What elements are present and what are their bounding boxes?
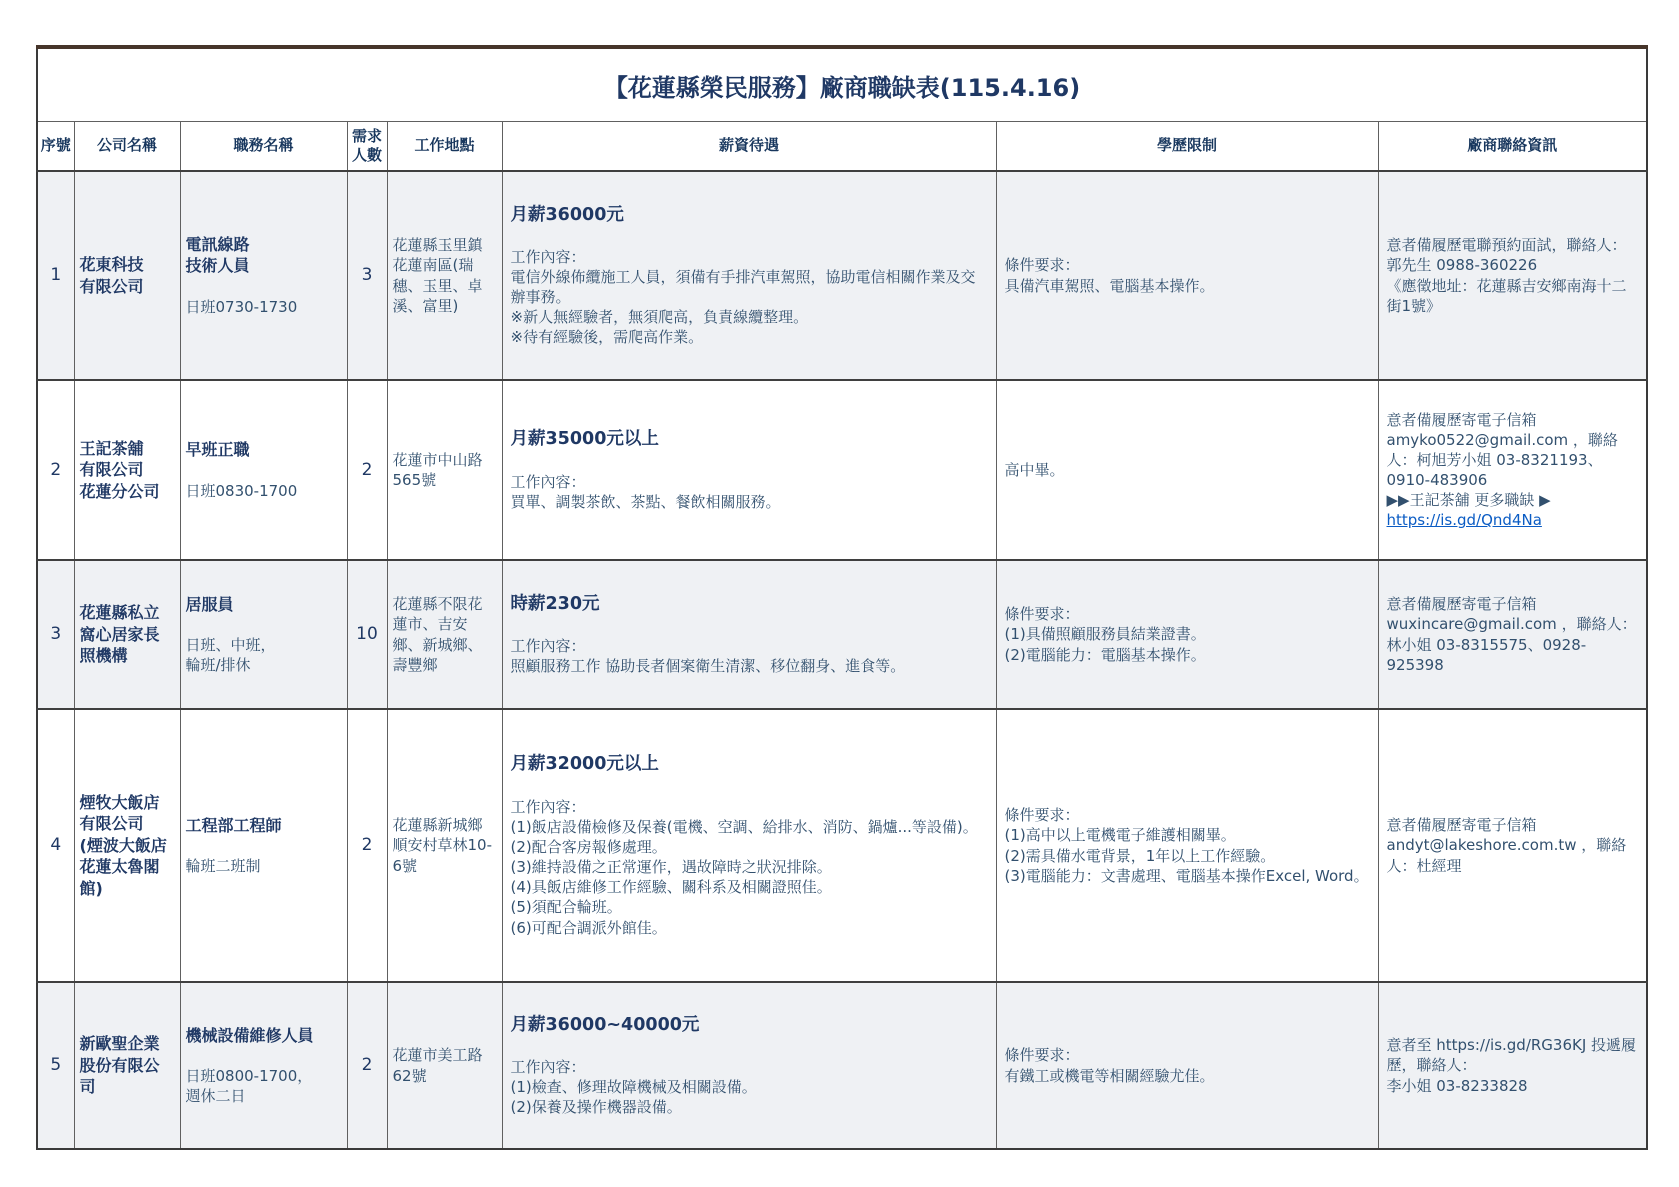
education-cell: 條件要求：(1)具備照顧服務員結業證書。(2)電腦能力：電腦基本操作。 [996,560,1378,709]
location-cell: 花蓮縣玉里鎮花蓮南區(瑞穗、玉里、卓溪、富里) [387,171,502,380]
contact-cell: 意者備履歷寄電子信箱amyko0522@gmail.com ，聯絡人：柯旭芳小姐… [1378,380,1647,560]
row-number-cell: 5 [37,982,74,1149]
text-line: 花蓮分公司 [80,481,175,502]
text-line: 花東科技 [80,254,175,275]
text-line: 條件要求： [1005,805,1370,825]
text-line: (5)須配合輪班。 [511,897,988,917]
column-header-3: 職務名稱 [180,122,347,172]
education-cell: 條件要求：(1)高中以上電機電子維護相關畢。(2)需具備水電背景，1年以上工作經… [996,709,1378,982]
text-line: ※待有經驗後，需爬高作業。 [511,327,988,347]
column-header-2: 公司名稱 [74,122,180,172]
headcount-cell: 2 [347,380,387,560]
text-line: 電信外線佈纜施工人員，須備有手排汽車駕照，協助電信相關作業及交辦事務。 [511,267,988,307]
text-line [186,1046,342,1066]
salary-cell: 月薪32000元以上 工作內容：(1)飯店設備檢修及保養(電機、空調、給排水、消… [502,709,996,982]
location-cell: 花蓮市中山路565號 [387,380,502,560]
text-line: 條件要求： [1005,1045,1370,1065]
salary-cell: 月薪36000元 工作內容：電信外線佈纜施工人員，須備有手排汽車駕照，協助電信相… [502,171,996,380]
location-cell: 花蓮縣新城鄉順安村草林10-6號 [387,709,502,982]
education-cell: 條件要求：具備汽車駕照、電腦基本操作。 [996,171,1378,380]
education-cell: 條件要求：有鐵工或機電等相關經驗尤佳。 [996,982,1378,1149]
headcount-cell: 2 [347,709,387,982]
text-line [186,836,342,856]
text-line: 意者至 https://is.gd/RG36KJ 投遞履歷，聯絡人： [1387,1035,1639,1075]
text-line: 司 [80,1076,175,1097]
education-cell: 高中畢。 [996,380,1378,560]
text-line: 新歐聖企業 [80,1033,175,1054]
company-name-cell: 王記茶舖有限公司花蓮分公司 [74,380,180,560]
text-line: 意者備履歷寄電子信箱 [1387,410,1639,430]
job-title-cell: 機械設備維修人員 日班0800-1700，週休二日 [180,982,347,1149]
job-row-4: 4煙牧大飯店有限公司(煙波大飯店花蓮太魯閣館)工程部工程師 輪班二班制2花蓮縣新… [37,709,1647,982]
text-line: (1)具備照顧服務員結業證書。 [1005,624,1370,644]
contact-cell: 意者至 https://is.gd/RG36KJ 投遞履歷，聯絡人：李小姐 03… [1378,982,1647,1149]
page-title: 【花蓮縣榮民服務】廠商職缺表(115.4.16) [37,47,1647,122]
column-header-1: 序號 [37,122,74,172]
job-row-5: 5新歐聖企業股份有限公司機械設備維修人員 日班0800-1700，週休二日2花蓮… [37,982,1647,1149]
text-line: 早班正職 [186,439,342,460]
column-header-8: 廠商聯絡資訊 [1378,122,1647,172]
salary-cell: 月薪36000~40000元 工作內容：(1)檢查、修理故障機械及相關設備。(2… [502,982,996,1149]
text-line: 工作內容： [511,797,988,817]
text-line: 有限公司 [80,459,175,480]
text-line [511,452,988,472]
headcount-cell: 10 [347,560,387,709]
text-line: 工作內容： [511,472,988,492]
text-line: 日班、中班， [186,635,342,655]
row-number-cell: 1 [37,171,74,380]
text-line: 花蓮縣私立 [80,602,175,623]
salary-cell: 月薪35000元以上 工作內容：買單、調製茶飲、茶點、餐飲相關服務。 [502,380,996,560]
text-line: 李小姐 03-8233828 [1387,1076,1639,1096]
row-number-cell: 3 [37,560,74,709]
page: 【花蓮縣榮民服務】廠商職缺表(115.4.16) 序號公司名稱職務名稱需求人數工… [0,0,1679,1180]
text-line [511,1037,988,1057]
headcount-cell: 3 [347,171,387,380]
row-number-cell: 4 [37,709,74,982]
text-line: 工作內容： [511,247,988,267]
text-line: (1)飯店設備檢修及保養(電機、空調、給排水、消防、鍋爐...等設備)。 [511,817,988,837]
text-line: 工作內容： [511,636,988,656]
job-row-3: 3花蓮縣私立窩心居家長照機構居服員 日班、中班，輪班/排休10花蓮縣不限花蓮市、… [37,560,1647,709]
job-row-1: 1花東科技有限公司電訊線路技術人員 日班0730-17303花蓮縣玉里鎮花蓮南區… [37,171,1647,380]
text-line: 時薪230元 [511,593,988,616]
text-line: 意者備履歷寄電子信箱 [1387,594,1639,614]
text-line: andyt@lakeshore.com.tw ，聯絡人：杜經理 [1387,835,1639,875]
text-line: 機械設備維修人員 [186,1025,342,1046]
text-line: 輪班二班制 [186,856,342,876]
salary-cell: 時薪230元 工作內容：照顧服務工作 協助長者個案衛生清潔、移位翻身、進食等。 [502,560,996,709]
contact-cell: 意者備履歷寄電子信箱andyt@lakeshore.com.tw ，聯絡人：杜經… [1378,709,1647,982]
text-line: 日班0800-1700， [186,1066,342,1086]
text-line: 月薪32000元以上 [511,753,988,776]
text-line [186,277,342,297]
company-name-cell: 煙牧大飯店有限公司(煙波大飯店花蓮太魯閣館) [74,709,180,982]
column-header-4: 需求人數 [347,122,387,172]
text-line: 煙牧大飯店 [80,792,175,813]
text-line: (4)具飯店維修工作經驗、關科系及相關證照佳。 [511,877,988,897]
text-line: 有鐵工或機電等相關經驗尤佳。 [1005,1066,1370,1086]
text-line: 日班0830-1700 [186,481,342,501]
text-line: 王記茶舖 [80,438,175,459]
text-line: 照顧服務工作 協助長者個案衛生清潔、移位翻身、進食等。 [511,656,988,676]
text-line: (1)檢查、修理故障機械及相關設備。 [511,1077,988,1097]
text-line: 照機構 [80,645,175,666]
text-line: 工作內容： [511,1057,988,1077]
text-line: 有限公司 [80,276,175,297]
text-line: (6)可配合調派外館佳。 [511,918,988,938]
company-name-cell: 新歐聖企業股份有限公司 [74,982,180,1149]
text-line: (2)配合客房報修處理。 [511,837,988,857]
text-line: 館) [80,878,175,899]
company-name-cell: 花東科技有限公司 [74,171,180,380]
text-line: 具備汽車駕照、電腦基本操作。 [1005,276,1370,296]
text-line: ※新人無經驗者，無須爬高，負責線纜整理。 [511,307,988,327]
text-line: 花蓮太魯閣 [80,856,175,877]
text-line: 高中畢。 [1005,460,1370,480]
text-line: 窩心居家長 [80,624,175,645]
job-row-2: 2王記茶舖有限公司花蓮分公司早班正職 日班0830-17002花蓮市中山路565… [37,380,1647,560]
company-name-cell: 花蓮縣私立窩心居家長照機構 [74,560,180,709]
column-header-6: 薪資待遇 [502,122,996,172]
text-line: 電訊線路 [186,234,342,255]
job-title-cell: 居服員 日班、中班，輪班/排休 [180,560,347,709]
text-line [186,615,342,635]
text-line: 意者備履歷寄電子信箱 [1387,815,1639,835]
text-line: 意者備履歷電聯預約面試，聯絡人：郭先生 0988-360226 [1387,235,1639,275]
text-line [511,616,988,636]
headcount-cell: 2 [347,982,387,1149]
job-title-cell: 早班正職 日班0830-1700 [180,380,347,560]
text-line: (2)保養及操作機器設備。 [511,1097,988,1117]
text-line: 工程部工程師 [186,815,342,836]
text-line: (3)維持設備之正常運作，遇故障時之狀況排除。 [511,857,988,877]
text-line: 居服員 [186,594,342,615]
text-line: amyko0522@gmail.com ，聯絡人：柯旭芳小姐 03-832119… [1387,430,1639,490]
text-line: 買單、調製茶飲、茶點、餐飲相關服務。 [511,492,988,512]
text-line: 《應徵地址：花蓮縣吉安鄉南海十二街1號》 [1387,276,1639,316]
contact-cell: 意者備履歷電聯預約面試，聯絡人：郭先生 0988-360226《應徵地址：花蓮縣… [1378,171,1647,380]
text-line: 股份有限公 [80,1055,175,1076]
text-line: ▶▶王記茶舖 更多職缺 ▶ [1387,490,1639,510]
location-cell: 花蓮縣不限花蓮市、吉安鄉、新城鄉、壽豐鄉 [387,560,502,709]
text-line: wuxincare@gmail.com ，聯絡人：林小姐 03-8315575、… [1387,614,1639,674]
table-header-row: 序號公司名稱職務名稱需求人數工作地點薪資待遇學歷限制廠商聯絡資訊 [37,122,1647,172]
text-line: (3)電腦能力：文書處理、電腦基本操作Excel, Word。 [1005,866,1370,886]
text-line: 技術人員 [186,255,342,276]
text-line [511,227,988,247]
column-header-5: 工作地點 [387,122,502,172]
job-title-cell: 電訊線路技術人員 日班0730-1730 [180,171,347,380]
text-line: (2)需具備水電背景，1年以上工作經驗。 [1005,846,1370,866]
text-line: 有限公司 [80,813,175,834]
text-line [511,777,988,797]
text-line [186,461,342,481]
text-line: (煙波大飯店 [80,835,175,856]
location-cell: 花蓮市美工路62號 [387,982,502,1149]
jobs-table: 【花蓮縣榮民服務】廠商職缺表(115.4.16) 序號公司名稱職務名稱需求人數工… [36,45,1648,1150]
text-line: 輪班/排休 [186,655,342,675]
more-jobs-link[interactable]: https://is.gd/Qnd4Na [1387,510,1639,530]
contact-cell: 意者備履歷寄電子信箱wuxincare@gmail.com ，聯絡人：林小姐 0… [1378,560,1647,709]
title-row: 【花蓮縣榮民服務】廠商職缺表(115.4.16) [37,47,1647,122]
text-line: 月薪36000元 [511,204,988,227]
job-title-cell: 工程部工程師 輪班二班制 [180,709,347,982]
text-line: (2)電腦能力：電腦基本操作。 [1005,645,1370,665]
text-line: 條件要求： [1005,604,1370,624]
text-line: 月薪35000元以上 [511,428,988,451]
column-header-7: 學歷限制 [996,122,1378,172]
text-line: 週休二日 [186,1086,342,1106]
text-line: 月薪36000~40000元 [511,1014,988,1037]
text-line: 條件要求： [1005,255,1370,275]
text-line: (1)高中以上電機電子維護相關畢。 [1005,825,1370,845]
text-line: 日班0730-1730 [186,297,342,317]
row-number-cell: 2 [37,380,74,560]
